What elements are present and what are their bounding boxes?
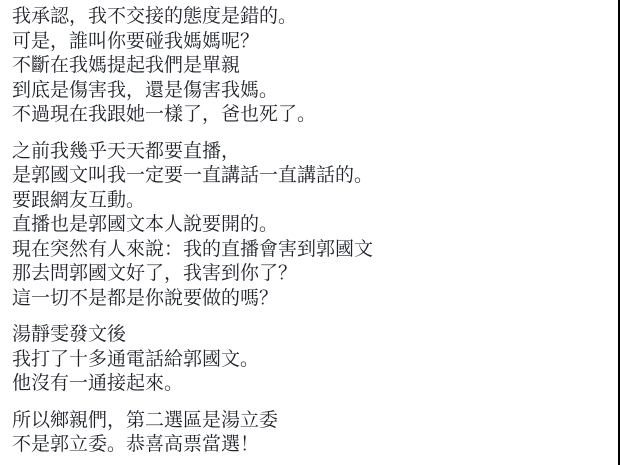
text-line: 直播也是郭國文本人說要開的。 [12, 212, 612, 237]
text-line: 這一切不是都是你說要做的嗎？ [12, 286, 612, 311]
right-border-divider [618, 0, 620, 465]
text-line: 湯靜雯發文後 [12, 322, 612, 347]
text-line: 到底是傷害我，還是傷害我媽。 [12, 78, 612, 103]
text-line: 可是，誰叫你要碰我媽媽呢？ [12, 29, 612, 54]
text-line: 我打了十多通電話給郭國文。 [12, 347, 612, 372]
text-line: 要跟網友互動。 [12, 188, 612, 213]
text-line: 所以鄉親們，第二選區是湯立委 [12, 408, 612, 433]
text-line: 不過現在我跟她一樣了，爸也死了。 [12, 102, 612, 127]
paragraph-3: 湯靜雯發文後 我打了十多通電話給郭國文。 他沒有一通接起來。 [12, 322, 612, 396]
text-line: 不是郭立委。恭喜高票當選！ [12, 432, 612, 457]
text-line: 我承認，我不交接的態度是錯的。 [12, 4, 612, 29]
paragraph-2: 之前我幾乎天天都要直播， 是郭國文叫我一定要一直講話一直講話的。 要跟網友互動。… [12, 139, 612, 311]
text-line: 那去問郭國文好了，我害到你了？ [12, 261, 612, 286]
text-line: 現在突然有人來說：我的直播會害到郭國文 [12, 237, 612, 262]
text-line: 是郭國文叫我一定要一直講話一直講話的。 [12, 163, 612, 188]
paragraph-1: 我承認，我不交接的態度是錯的。 可是，誰叫你要碰我媽媽呢？ 不斷在我媽提起我們是… [12, 4, 612, 127]
paragraph-4: 所以鄉親們，第二選區是湯立委 不是郭立委。恭喜高票當選！ [12, 408, 612, 457]
post-body: 我承認，我不交接的態度是錯的。 可是，誰叫你要碰我媽媽呢？ 不斷在我媽提起我們是… [12, 4, 612, 465]
text-line: 不斷在我媽提起我們是單親 [12, 53, 612, 78]
text-line: 他沒有一通接起來。 [12, 371, 612, 396]
text-line: 之前我幾乎天天都要直播， [12, 139, 612, 164]
